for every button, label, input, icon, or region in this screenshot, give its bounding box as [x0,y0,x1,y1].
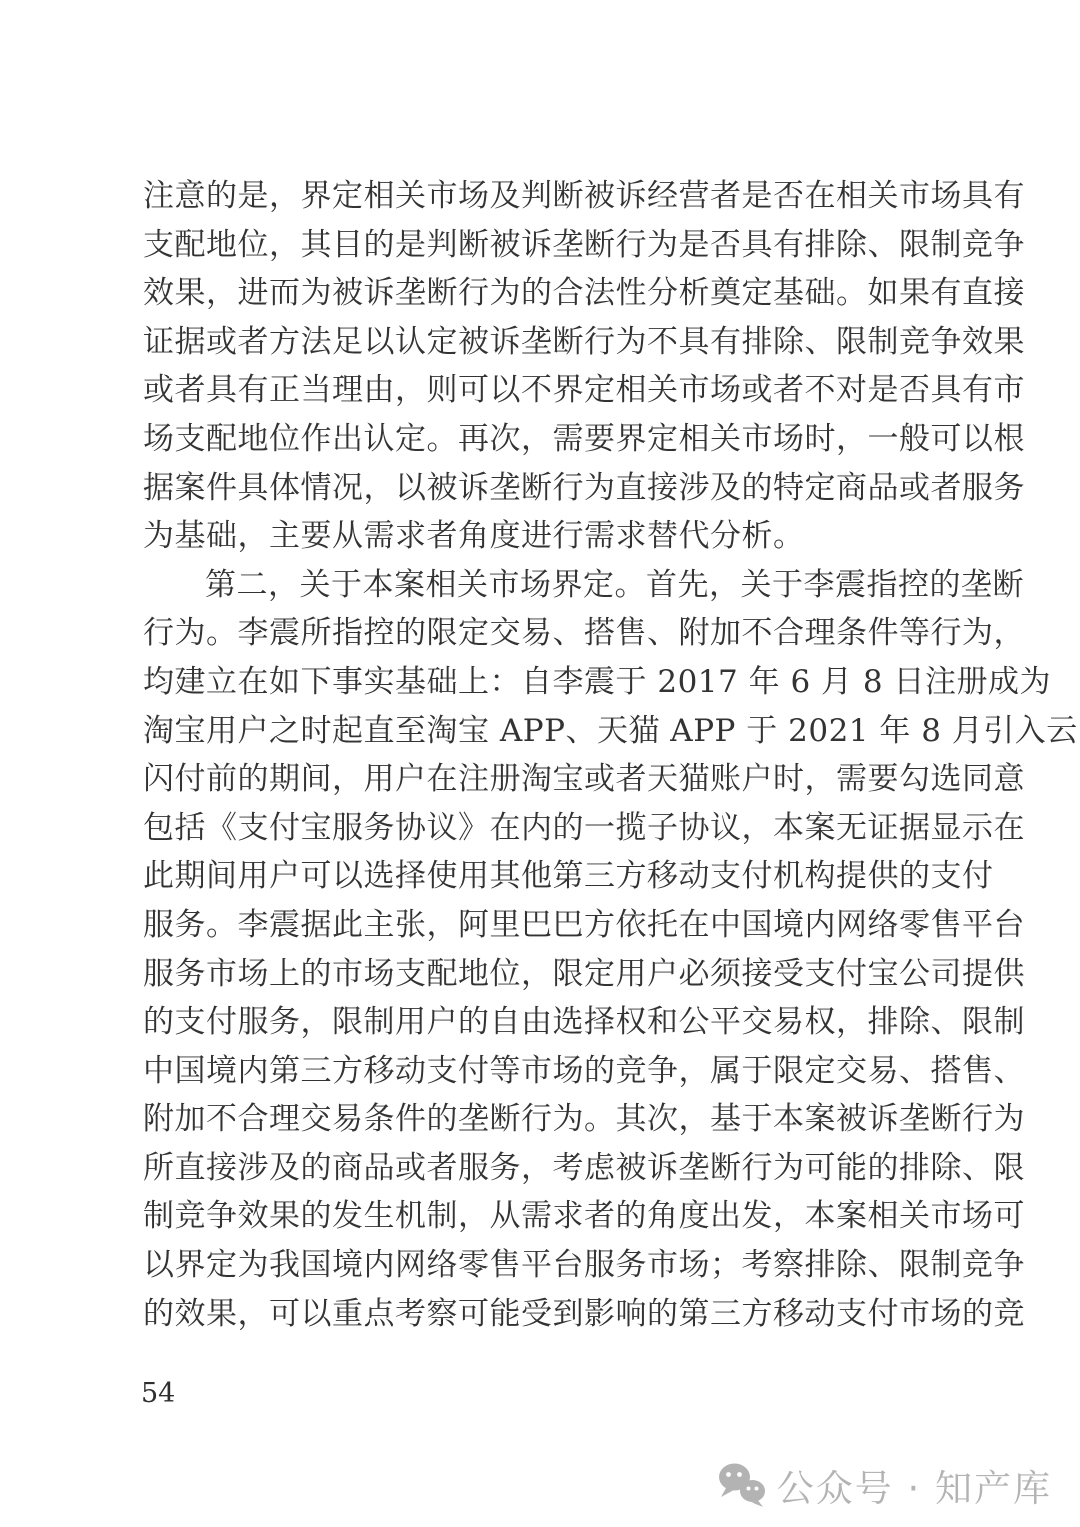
page-number: 54 [141,1378,175,1409]
text-line: 均建立在如下事实基础上：自李震于 2017 年 6 月 8 日注册成为 [143,658,959,707]
wechat-icon [717,1462,767,1508]
text-line: 制竞争效果的发生机制，从需求者的角度出发，本案相关市场可 [143,1192,959,1241]
text-line: 注意的是，界定相关市场及判断被诉经营者是否在相关市场具有 [143,172,959,221]
text-line: 闪付前的期间，用户在注册淘宝或者天猫账户时，需要勾选同意 [143,755,959,804]
text-line: 此期间用户可以选择使用其他第三方移动支付机构提供的支付 [143,852,959,901]
document-page: 注意的是，界定相关市场及判断被诉经营者是否在相关市场具有 支配地位，其目的是判断… [0,0,1080,1527]
text-line: 服务市场上的市场支配地位，限定用户必须接受支付宝公司提供 [143,950,959,999]
text-line: 中国境内第三方移动支付等市场的竞争，属于限定交易、搭售、 [143,1047,959,1096]
text-line: 的效果，可以重点考察可能受到影响的第三方移动支付市场的竞 [143,1290,959,1339]
text-line: 证据或者方法足以认定被诉垄断行为不具有排除、限制竞争效果 [143,318,959,367]
text-line: 的支付服务，限制用户的自由选择权和公平交易权，排除、限制 [143,998,959,1047]
text-line: 所直接涉及的商品或者服务，考虑被诉垄断行为可能的排除、限 [143,1144,959,1193]
watermark: 公众号 · 知产库 [717,1458,1052,1512]
text-line-paragraph-end: 为基础，主要从需求者角度进行需求替代分析。 [143,512,959,561]
watermark-label: 公众号 · 知产库 [777,1458,1052,1512]
text-line: 支配地位，其目的是判断被诉垄断行为是否具有排除、限制竞争 [143,221,959,270]
text-line: 或者具有正当理由，则可以不界定相关市场或者不对是否具有市 [143,366,959,415]
text-line: 行为。李震所指控的限定交易、搭售、附加不合理条件等行为， [143,609,959,658]
text-line: 效果，进而为被诉垄断行为的合法性分析奠定基础。如果有直接 [143,269,959,318]
text-line: 以界定为我国境内网络零售平台服务市场；考察排除、限制竞争 [143,1241,959,1290]
text-line: 场支配地位作出认定。再次，需要界定相关市场时，一般可以根 [143,415,959,464]
body-text: 注意的是，界定相关市场及判断被诉经营者是否在相关市场具有 支配地位，其目的是判断… [143,172,959,1338]
text-line-paragraph-start: 第二，关于本案相关市场界定。首先，关于李震指控的垄断 [143,561,959,610]
text-line: 附加不合理交易条件的垄断行为。其次，基于本案被诉垄断行为 [143,1095,959,1144]
text-line: 服务。李震据此主张，阿里巴巴方依托在中国境内网络零售平台 [143,901,959,950]
text-line: 包括《支付宝服务协议》在内的一揽子协议，本案无证据显示在 [143,804,959,853]
text-line: 据案件具体情况，以被诉垄断行为直接涉及的特定商品或者服务 [143,464,959,513]
text-line: 淘宝用户之时起直至淘宝 APP、天猫 APP 于 2021 年 8 月引入云 [143,707,959,756]
